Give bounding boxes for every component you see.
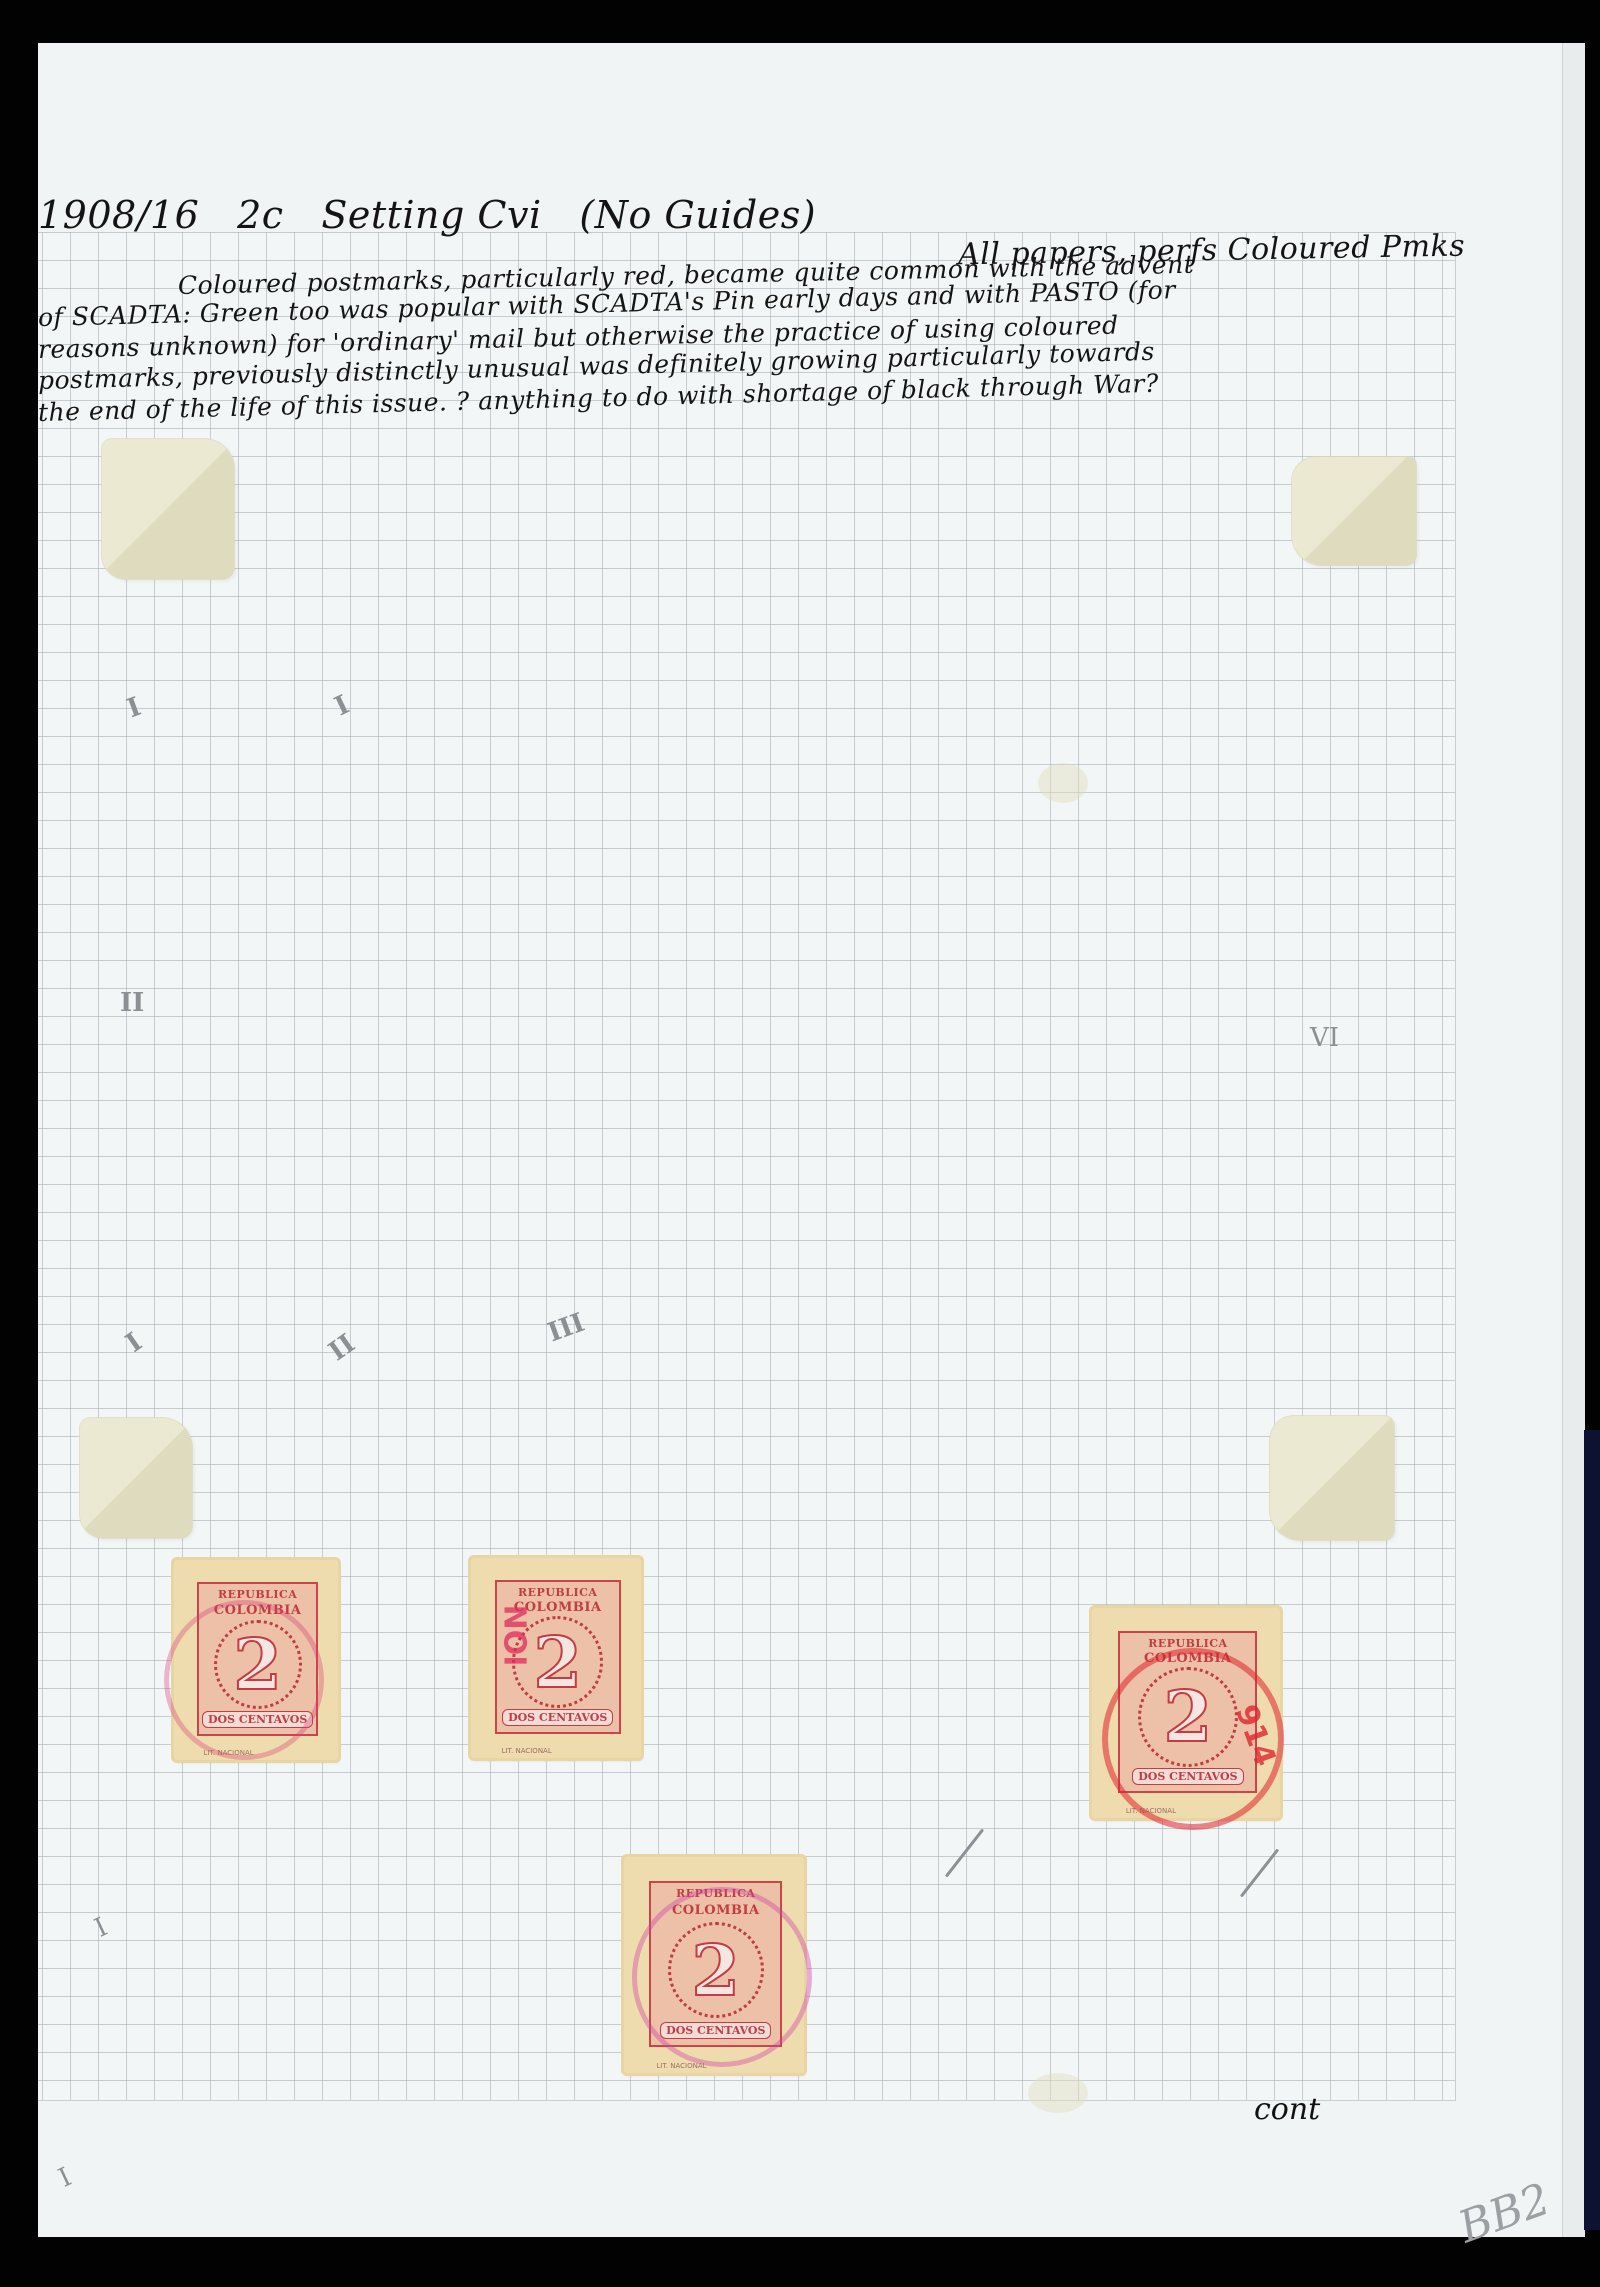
stamp-header: REPUBLICA	[1148, 1637, 1227, 1650]
stamp-2[interactable]: REPUBLICA COLOMBIA 2 DOS CENTAVOS LIT. N…	[471, 1558, 641, 1758]
stamp-design: REPUBLICA COLOMBIA 2 DOS CENTAVOS	[495, 1580, 621, 1734]
heading-qualifier: (No Guides)	[579, 193, 816, 237]
graph-paper-grid	[38, 232, 1456, 2101]
stamp-imprint: LIT. NACIONAL	[502, 1747, 552, 1755]
stamp-header: REPUBLICA	[676, 1887, 755, 1900]
page-edge	[1562, 43, 1585, 2237]
stamp-3[interactable]: REPUBLICA COLOMBIA 2 DOS CENTAVOS LIT. N…	[1092, 1608, 1280, 1818]
stamp-country: COLOMBIA	[214, 1603, 302, 1618]
heading-date-range: 1908/16	[38, 193, 199, 237]
hinge-lower-right	[1270, 1416, 1394, 1540]
stamp-design: REPUBLICA COLOMBIA 2 DOS CENTAVOS	[649, 1881, 782, 2047]
heading-setting: Setting Cvi	[321, 193, 541, 237]
heading-denomination: 2c	[237, 193, 283, 237]
stamp-imprint: LIT. NACIONAL	[204, 1749, 254, 1757]
stamp-value: DOS CENTAVOS	[502, 1709, 613, 1726]
stamp-value: DOS CENTAVOS	[660, 2022, 771, 2039]
page-reference: BB2	[1452, 2174, 1557, 2254]
stamp-header: REPUBLICA	[218, 1588, 297, 1601]
stamp-country: COLOMBIA	[672, 1903, 760, 1918]
pencil-mark: VI	[1310, 1023, 1339, 1053]
stain	[1038, 763, 1088, 803]
stamp-numeral: 2	[1138, 1667, 1239, 1768]
stamp-4[interactable]: REPUBLICA COLOMBIA 2 DOS CENTAVOS LIT. N…	[624, 1857, 804, 2073]
continued-note: cont	[1254, 2092, 1320, 2127]
stamp-numeral: 2	[512, 1616, 603, 1707]
stamp-imprint: LIT. NACIONAL	[656, 2062, 706, 2070]
page-heading: 1908/16 2c Setting Cvi (No Guides)	[38, 193, 816, 237]
pencil-mark: II	[120, 988, 144, 1018]
album-page: 1908/16 2c Setting Cvi (No Guides) All p…	[38, 43, 1562, 2237]
stamp-country: COLOMBIA	[1144, 1651, 1232, 1666]
stamp-header: REPUBLICA	[518, 1586, 597, 1599]
stamp-value: DOS CENTAVOS	[1132, 1768, 1243, 1785]
stamp-numeral: 2	[668, 1922, 764, 2018]
pencil-mark: I	[54, 2162, 76, 2194]
stamp-country: COLOMBIA	[514, 1600, 602, 1615]
hinge-top-right	[1292, 457, 1416, 565]
stamp-design: REPUBLICA COLOMBIA 2 DOS CENTAVOS	[197, 1582, 318, 1736]
stamp-numeral: 2	[214, 1620, 302, 1709]
album-binder	[1584, 1430, 1600, 2230]
stamp-imprint: LIT. NACIONAL	[1126, 1807, 1176, 1815]
hinge-lower-left	[80, 1418, 192, 1538]
stain	[1028, 2073, 1088, 2113]
hinge-top-left	[102, 439, 234, 579]
stamp-1[interactable]: REPUBLICA COLOMBIA 2 DOS CENTAVOS LIT. N…	[174, 1560, 338, 1760]
stamp-design: REPUBLICA COLOMBIA 2 DOS CENTAVOS	[1118, 1631, 1257, 1793]
stamp-value: DOS CENTAVOS	[202, 1711, 313, 1728]
